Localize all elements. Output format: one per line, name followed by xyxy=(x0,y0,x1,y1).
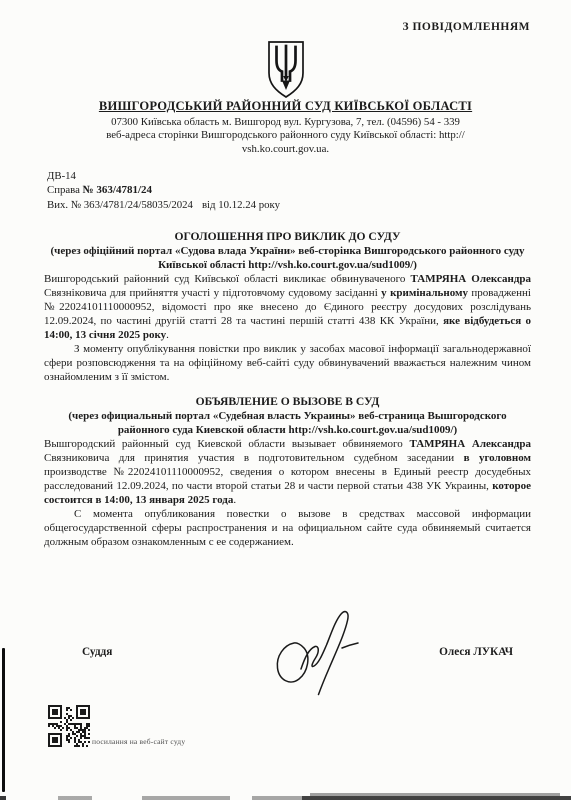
address-line-2: веб-адреса сторінки Вишгородського район… xyxy=(0,129,571,142)
court-name: ВИШГОРОДСЬКИЙ РАЙОННИЙ СУД КИЇВСЬКОЇ ОБЛ… xyxy=(0,99,571,114)
outgoing-number: Вих. № 363/4781/24/58035/2024 xyxy=(47,199,193,211)
uk-paragraph-2: З моменту опублікування повістки про вик… xyxy=(44,342,531,384)
document-body: ОГОЛОШЕННЯ ПРО ВИКЛИК ДО СУДУ (через офі… xyxy=(44,230,531,549)
qr-code-icon xyxy=(48,705,90,747)
ru-p1-run1: Вышгородский районный суд Киевской облас… xyxy=(44,438,409,450)
scan-artifact-left-line xyxy=(2,648,5,792)
case-number: № 363/4781/24 xyxy=(83,184,152,196)
outgoing-line: Вих. № 363/4781/24/58035/2024від 10.12.2… xyxy=(47,198,280,212)
uk-p1-run3: Связніковича для прийняття участі у підг… xyxy=(44,287,381,299)
qr-caption: посилання на веб-сайт суду xyxy=(92,737,185,746)
uk-p1-run4: у кримінальному xyxy=(381,287,468,299)
uk-title: ОГОЛОШЕННЯ ПРО ВИКЛИК ДО СУДУ xyxy=(44,230,531,244)
uk-p1-accused-name: ТАМРЯНА Олександра xyxy=(410,273,531,285)
ru-title: ОБЪЯВЛЕНИЕ О ВЫЗОВЕ В СУД xyxy=(44,395,531,409)
handwritten-signature-icon xyxy=(268,607,360,699)
ukraine-trident-icon xyxy=(267,41,305,99)
uk-paragraph-1: Вишгородський районний суд Київської обл… xyxy=(44,272,531,342)
ru-paragraph-2: С момента опубликования повестки о вызов… xyxy=(44,507,531,549)
ru-p1-accused-name: ТАМРЯНА Александра xyxy=(409,438,531,450)
ru-subtitle: (через официальный портал «Судебная влас… xyxy=(44,409,531,437)
uk-p1-run7: . xyxy=(166,329,169,341)
ru-p1-run4: в уголовном xyxy=(464,452,531,464)
case-label: Справа xyxy=(47,184,83,196)
ru-p1-run3: Связниковича для принятия участия в подг… xyxy=(44,452,464,464)
address-line-1: 07300 Київська область м. Вишгород вул. … xyxy=(0,116,571,129)
uk-subtitle: (через офіційний портал «Судова влада Ук… xyxy=(44,244,531,272)
ru-p1-run7: . xyxy=(233,494,236,506)
court-address: 07300 Київська область м. Вишгород вул. … xyxy=(0,116,571,156)
scan-artifact-bottom-edge xyxy=(0,790,571,800)
mail-notice-tag: З ПОВІДОМЛЕННЯМ xyxy=(403,21,530,33)
address-line-3: vsh.ko.court.gov.ua. xyxy=(0,143,571,156)
uk-p1-run1: Вишгородський районний суд Київської обл… xyxy=(44,273,410,285)
judge-name: Олеся ЛУКАЧ xyxy=(439,646,513,658)
reference-block: ДВ-14 Справа № 363/4781/24 Вих. № 363/47… xyxy=(47,169,280,212)
doc-code: ДВ-14 xyxy=(47,169,280,183)
judge-label: Суддя xyxy=(82,646,112,658)
ru-paragraph-1: Вышгородский районный суд Киевской облас… xyxy=(44,437,531,507)
outgoing-date: від 10.12.24 року xyxy=(202,199,280,211)
case-number-line: Справа № 363/4781/24 xyxy=(47,183,280,197)
scanned-court-document: З ПОВІДОМЛЕННЯМ ВИШГОРОДСЬКИЙ РАЙОННИЙ С… xyxy=(0,0,571,800)
ru-p1-run5: производстве №22024101110000952, сведени… xyxy=(44,466,531,492)
